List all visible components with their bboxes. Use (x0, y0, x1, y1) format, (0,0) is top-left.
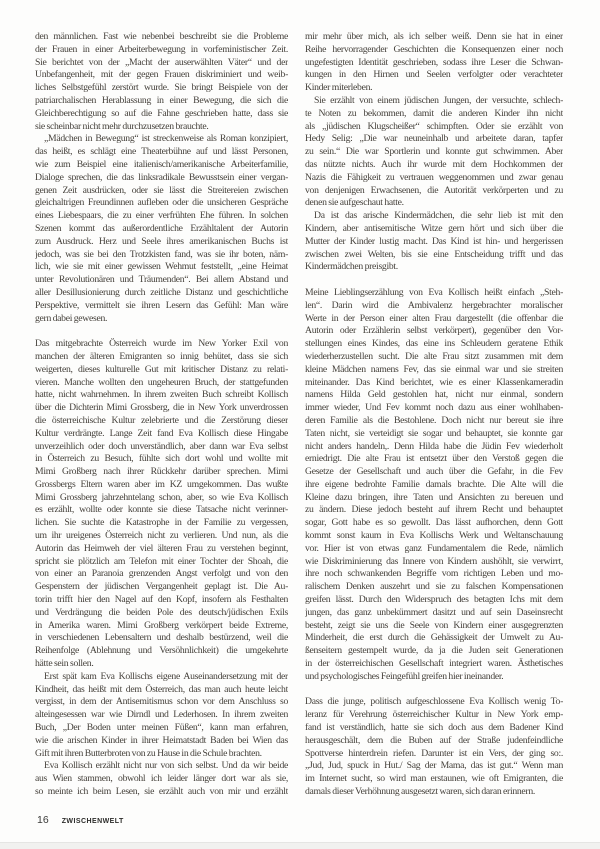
text-line: Gift mit ihren Butterbroten von zu Hause… (35, 748, 288, 761)
text-line: Gespenstern der jüdischen Vergangenheit … (35, 581, 288, 594)
text-line: Taten nicht, sie verteidigt sie sogar un… (305, 428, 563, 441)
text-line: len“. Darin wird die Ambivalenz hergebra… (305, 300, 563, 313)
text-line: Meine Lieblingserzählung von Eva Kollisc… (305, 287, 563, 300)
text-line: spricht sie plötzlich am Telefon mit ein… (35, 556, 288, 569)
text-line: greifen lässt. Durch den Widerspruch des… (305, 594, 563, 607)
text-line: „Mädchen in Bewegung“ ist streckenweise … (35, 133, 288, 146)
text-line: stellungen eines Kindes, das eine ins Sc… (305, 338, 563, 351)
text-line: zu sein.“ Die war Sportlerin und konnte … (305, 146, 563, 159)
text-column-left: den männlichen. Fast wie nebenbei beschr… (35, 31, 288, 799)
text-line: Minderheit, die erst durch die Gehässigk… (305, 632, 563, 645)
text-line: ihre eigene bedrohte Familie damals brac… (305, 479, 563, 492)
journal-name: ZWISCHENWELT (62, 818, 124, 825)
text-line: kommt sonst kaum in Eva Kollischs Werk u… (305, 530, 563, 543)
text-line: Erst spät kam Eva Kollischs eigene Ausei… (35, 671, 288, 684)
text-line: der Frauen in einer Arbeiterbewegung in … (35, 44, 288, 57)
text-line: Kultur verdrängte. Lange Zeit fand Eva K… (35, 428, 288, 441)
text-line: patriarchalischen Herablassung in einer … (35, 95, 288, 108)
text-line: Autorin das Heimweh der viel älteren Fra… (35, 543, 288, 556)
text-line: Szenen kommt das außerordentliche Erzähl… (35, 223, 288, 236)
text-line: sie scheinbar nicht mehr durchzusetzen b… (35, 121, 288, 134)
text-line: von denjenigen Erwachsenen, die Autoritä… (305, 185, 563, 198)
text-line: Buch, „Der Boden unter meinen Füßen“, ka… (35, 722, 288, 735)
text-line: vieren. Manche wollten den ungeheuren Br… (35, 377, 288, 390)
text-line: Reihenfolge (Ablehnung und Versöhnlichke… (35, 645, 288, 658)
text-line: miteinander. Das Kind berichtet, wie es … (305, 377, 563, 390)
text-line: deren Familie als die Bestohlene. Doch n… (305, 415, 563, 428)
text-line: leranz für Verehrung österreichischer Ku… (305, 709, 563, 722)
text-line: jungen, das ganz unbekümmert dasitzt und… (305, 607, 563, 620)
text-line: fand ist verständlich, hatte sie sich do… (305, 722, 563, 735)
text-line: eines Liebespaars, die zu einer verfrüht… (35, 210, 288, 223)
text-line: liches Selbstgefühl zerstört wurde. Sie … (35, 82, 288, 95)
text-line: nicht anders handeln,. Denn Hilda habe d… (305, 441, 563, 454)
text-line: Kindern, aber antisemitische Witze gern … (305, 223, 563, 236)
magazine-page: den männlichen. Fast wie nebenbei beschr… (0, 0, 600, 849)
text-line: Das mitgebrachte Österreich wurde im New… (35, 338, 288, 351)
text-line: den männlichen. Fast wie nebenbei beschr… (35, 31, 288, 44)
text-line: unverzeihlich oder doch unverständlich, … (35, 441, 288, 454)
text-line: Sie erzählt von einem jüdischen Jungen, … (305, 95, 563, 108)
text-line: gern dabei gewesen. (35, 313, 288, 326)
text-line: aller Desillusionierung durch zeitliche … (35, 287, 288, 300)
text-line: besteht, zeigt sie uns die Seele von Kin… (305, 620, 563, 633)
text-line: Mimi Großberg nach ihrer Rückkehr darübe… (35, 466, 288, 479)
text-line: wie Diskriminierung das Innere von Kinde… (305, 556, 563, 569)
text-line: erniedrigt. Die alte Frau ist entsetzt ü… (305, 453, 563, 466)
text-line: sogar, Gott habe es so gewollt. Das läss… (305, 517, 563, 530)
text-line: hätte sein sollen. (35, 658, 288, 671)
text-line: Reihe hervorragender Geschichten die Kon… (305, 44, 563, 57)
text-line: die österreichische Kultur zelebrierte u… (35, 415, 288, 428)
text-line: wie die arischen Kinder in ihrer Heimats… (35, 735, 288, 748)
text-line: Dass die junge, politisch aufgeschlossen… (305, 696, 563, 709)
text-line: alteingesessen war wie Dirndl und Lederh… (35, 709, 288, 722)
text-line: kungen in den Hirnen und Seelen verfolgt… (305, 69, 563, 82)
text-line: gleichaltrigen Freundinnen aufleben oder… (35, 197, 288, 210)
text-line: in verschiedenen Lebensaltern und deshal… (35, 632, 288, 645)
text-line: im Internet sucht, so wird man erstaunen… (305, 773, 563, 786)
text-line: Kinder miterleben. (305, 82, 563, 95)
text-line: namens Hilda Geld gestohlen hat, nicht n… (305, 389, 563, 402)
text-line: Kleine dazu bringen, ihre Taten und Ansi… (305, 492, 563, 505)
text-line: Gleichberechtigung so auf die Fahne gesc… (35, 108, 288, 121)
text-line: lichen. Sie suchte die Katastrophe in de… (35, 517, 288, 530)
text-line: Autorin oder Erzählerin selbst verkörper… (305, 325, 563, 338)
text-line: das nützte nichts. Auch ihr wurde mit de… (305, 159, 563, 172)
text-line: wie zum Beispiel eine italienisch/amerik… (35, 159, 288, 172)
text-line: das heißt, es schlägt eine Theaterbühne … (35, 146, 288, 159)
text-line: unter Revolutionären und Träumenden“. Be… (35, 274, 288, 287)
text-line: in der österreichischen Gesellschaft int… (305, 658, 563, 671)
text-line: aus Wien stammen, obwohl ich leider läng… (35, 773, 288, 786)
text-line: Spottverse hinterdrein riefen. Darunter … (305, 748, 563, 761)
article-body: den männlichen. Fast wie nebenbei beschr… (35, 31, 563, 799)
text-line: Perspektive, vermittelt sie ihren Lesern… (35, 300, 288, 313)
text-line: ungefestigten Identität geschrieben, sod… (305, 57, 563, 70)
text-line: denen sie aufgeschaut hatte. (305, 197, 563, 210)
text-line: Nazis die Fähigkeit zu vertrauen weggeno… (305, 172, 563, 185)
text-column-right: mir mehr über mich, als ich selber weiß.… (305, 31, 563, 799)
text-line: torin trifft hier den Nagel auf den Kopf… (35, 594, 288, 607)
text-line: in Österreich zu Besuch, fühlte sich dor… (35, 453, 288, 466)
text-line: „Jud, Jud, spuck in Hut./ Sag der Mama, … (305, 760, 563, 773)
text-line: Sie berichtet von der „Macht der auserwä… (35, 57, 288, 70)
text-line: Gesetze der Gesellschaft und auch über d… (305, 466, 563, 479)
text-line: wiederherzustellen sucht. Die alte Frau … (305, 351, 563, 364)
text-line: in Amerika waren. Mimi Großberg verkörpe… (35, 620, 288, 633)
text-line: zwischen zwei Welten, bis sie eine Entsc… (305, 249, 563, 262)
text-line: Mutter der Kinder lustig macht. Das Kind… (305, 236, 563, 249)
text-line: manchen der älteren Emigranten so innig … (35, 351, 288, 364)
text-line: Hedy Selig: „Die war neuneinhalb und arb… (305, 133, 563, 146)
text-line: lich, wie sie mit einer gewissen Wehmut … (35, 261, 288, 274)
text-line: te Noten zu bekommen, damit die anderen … (305, 108, 563, 121)
text-line: hatte, nicht wahrnehmen. In ihrem zweite… (35, 389, 288, 402)
page-edge-shadow (0, 842, 600, 849)
text-line: Da ist das arische Kindermädchen, die se… (305, 210, 563, 223)
text-line: zum Ausdruck. Herz und Seele ihres ameri… (35, 236, 288, 249)
text-line: damals dieser Verhöhnung ausgesetzt ware… (305, 786, 563, 799)
text-line: Dialoge sprechen, die das linksradikale … (35, 172, 288, 185)
text-line: ßenseitern gestempelt wurde, da ja die J… (305, 645, 563, 658)
page-number: 16 (37, 814, 49, 826)
text-line: kleine Mädchen namens Fev, das sie einma… (305, 364, 563, 377)
text-line: über die Dichterin Mimi Grossberg, die i… (35, 402, 288, 415)
paragraph-gap (35, 325, 288, 338)
text-line: von einer an Paranoia grenzenden Angst v… (35, 568, 288, 581)
text-line: zu ändern. Diese jedoch besteht auf ihre… (305, 504, 563, 517)
text-line: immer wieder, Und Fev kommt noch dazu au… (305, 402, 563, 415)
text-line: und psychologisches Feingefühl greifen h… (305, 671, 563, 684)
text-line: jedoch, was sie bei den Trotzkisten fand… (35, 249, 288, 262)
page-footer: 16 ZWISCHENWELT (37, 814, 124, 826)
paragraph-gap (305, 274, 563, 287)
text-line: mir mehr über mich, als ich selber weiß.… (305, 31, 563, 44)
text-line: Kindheit, das heißt mit dem Österreich, … (35, 684, 288, 697)
text-line: Eva Kollisch erzählt nicht nur von sich … (35, 760, 288, 773)
text-line: und Verdrängung die beiden Pole des deut… (35, 607, 288, 620)
text-line: ralischem Denken auszehrt und sie zu fal… (305, 581, 563, 594)
text-line: vergisst, in dem der Antisemitismus scho… (35, 696, 288, 709)
text-line: vor. Hier ist von etwas ganz Fundamental… (305, 543, 563, 556)
text-line: so meinte ich beim Lesen, sie erzählt au… (35, 786, 288, 799)
text-line: Werte in der Person einer alten Frau dar… (305, 313, 563, 326)
text-line: um ihr ureigenes Österreich nicht zu ver… (35, 530, 288, 543)
text-line: genen Zeit ausdrücken, oder sie lässt di… (35, 185, 288, 198)
text-line: ihre noch schwankenden Begriffe vom rich… (305, 568, 563, 581)
text-line: Unbefangenheit, mit der gegen Frauen dis… (35, 69, 288, 82)
text-line: Kindermädchen preisgibt. (305, 261, 563, 274)
paragraph-gap (305, 684, 563, 697)
text-line: Mimi Grossberg jahrzehntelang schon, abe… (35, 492, 288, 505)
text-line: es erzählt, wollte oder konnte sie diese… (35, 504, 288, 517)
text-line: Grossbergs Eltern waren aber im KZ umgek… (35, 479, 288, 492)
text-line: als „jüdischen Klugscheißer“ schimpften.… (305, 121, 563, 134)
text-line: herausgeschält, dem die Buben auf der St… (305, 735, 563, 748)
text-line: weigerten, dieses kulturelle Gut mit kri… (35, 364, 288, 377)
